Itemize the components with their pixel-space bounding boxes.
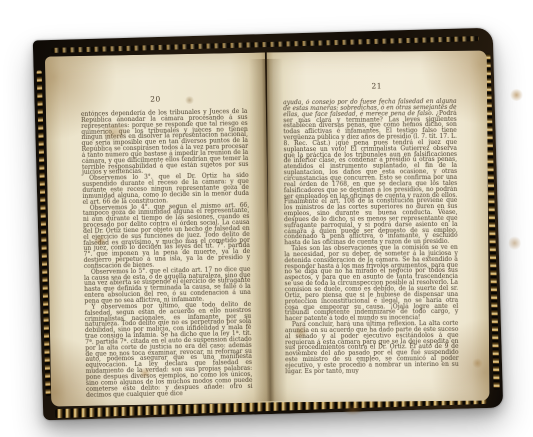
foxing-spot xyxy=(508,235,520,251)
paragraph: Observemos lo 5°. que el citado art. 17 … xyxy=(84,267,251,305)
book-cover: 20 entónces dependería de los tribunales… xyxy=(33,28,503,421)
left-text-column: entónces dependería de los tribunales y … xyxy=(81,109,253,398)
paragraph: Tales son las observaciones que la comis… xyxy=(284,245,458,322)
paragraph: Para concluir, hará una última reflexion… xyxy=(284,321,458,375)
paragraph: Observemos lo 4°. que segun el mismo art… xyxy=(83,202,251,269)
paragraph: entónces dependería de los tribunales y … xyxy=(81,109,249,176)
left-page: 20 entónces dependería de los tribunales… xyxy=(45,53,271,407)
open-pages: 20 entónces dependería de los tribunales… xyxy=(46,50,490,406)
page-number-right: 21 xyxy=(266,81,486,92)
foxing-spot xyxy=(509,89,523,101)
paragraph: Y observemos por último, que todo delito… xyxy=(84,302,252,399)
page-number-left: 20 xyxy=(46,93,266,106)
right-page: 21 ayuda, ó consejo por do fuese fecha f… xyxy=(266,51,488,403)
paragraph-continuation: ¿Podrá ser mas clara y terminante? Las l… xyxy=(283,110,457,247)
paragraph: Observemos lo 3°. que el Dr. Ortiz ha si… xyxy=(82,173,249,205)
right-text-column: ayuda, ó consejo por do fuese fecha fals… xyxy=(283,99,459,375)
paragraph: ayuda, ó consejo por do fuese fecha fals… xyxy=(283,99,458,246)
